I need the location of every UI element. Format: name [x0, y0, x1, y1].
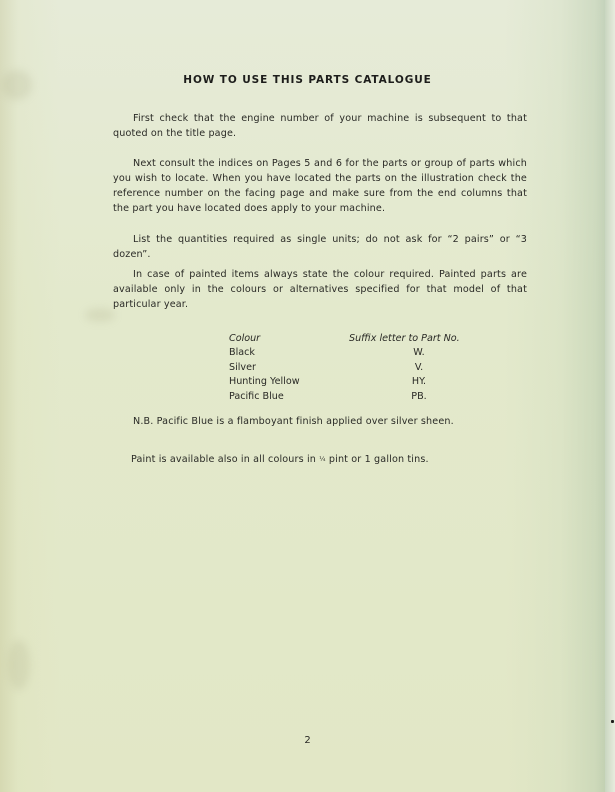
table-header-row: Colour Suffix letter to Part No.: [229, 332, 519, 346]
colour-suffix-table: Colour Suffix letter to Part No. Black W…: [229, 332, 519, 404]
paragraph-engine-number: First check that the engine number of yo…: [113, 111, 527, 141]
table-row: Black W.: [229, 346, 519, 360]
colour-name: Silver: [229, 361, 349, 375]
colour-suffix: HY.: [349, 375, 519, 389]
colour-suffix: W.: [349, 346, 519, 360]
paint-note-text: pint or 1 gallon tins.: [326, 454, 429, 465]
note-pacific-blue: N.B. Pacific Blue is a flamboyant finish…: [133, 414, 513, 429]
page-title: HOW TO USE THIS PARTS CATALOGUE: [0, 74, 615, 86]
table-row: Hunting Yellow HY.: [229, 375, 519, 389]
table-row: Pacific Blue PB.: [229, 390, 519, 404]
catalogue-page: HOW TO USE THIS PARTS CATALOGUE First ch…: [0, 0, 615, 792]
print-speck: [611, 720, 614, 723]
paint-availability-note: Paint is available also in all colours i…: [131, 452, 511, 467]
colour-name: Hunting Yellow: [229, 375, 349, 389]
colour-name: Black: [229, 346, 349, 360]
page-number: 2: [0, 735, 615, 746]
paragraph-painted-items: In case of painted items always state th…: [113, 267, 527, 312]
colour-suffix: PB.: [349, 390, 519, 404]
paragraph-quantities: List the quantities required as single u…: [113, 232, 527, 262]
paragraph-indices: Next consult the indices on Pages 5 and …: [113, 156, 527, 216]
colour-suffix: V.: [349, 361, 519, 375]
page-stain: [85, 308, 115, 322]
paint-note-text: Paint is available also in all colours i…: [131, 454, 319, 465]
column-header-colour: Colour: [229, 332, 349, 346]
page-edge-shadow: [605, 0, 615, 792]
page-stain: [8, 640, 30, 690]
table-row: Silver V.: [229, 361, 519, 375]
colour-name: Pacific Blue: [229, 390, 349, 404]
column-header-suffix: Suffix letter to Part No.: [349, 332, 519, 346]
